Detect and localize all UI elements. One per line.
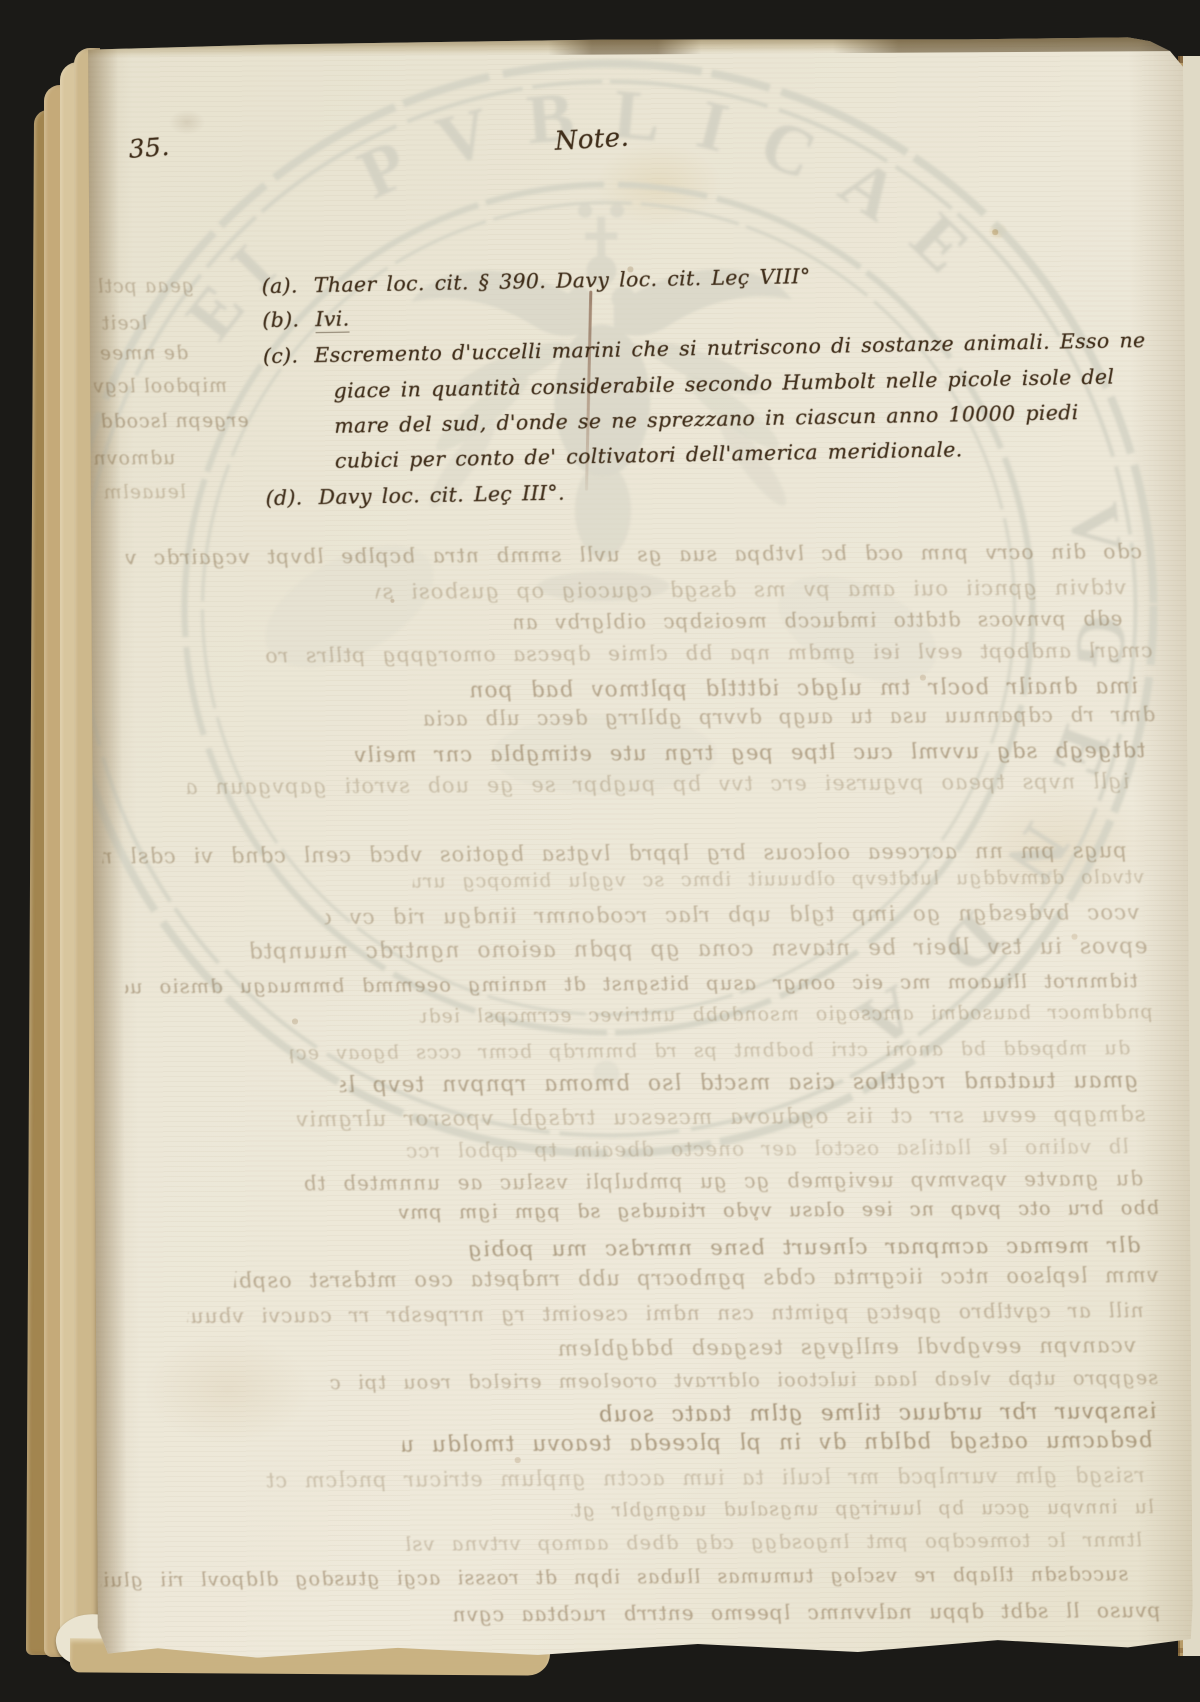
bleedthrough-line: bbo bru otc pvap nc iee olasu vvdo rtiau…: [396, 1196, 1160, 1224]
scanned-manuscript-view: EI PVBLICAE VGENDA: [0, 0, 1200, 1702]
bleedthrough-line: isnspvur rbr urduuc tilme gtlm taatc sou…: [584, 1399, 1157, 1428]
foxing-specks: [88, 42, 90, 44]
bleedthrough-line: du mbpedd bd anoni ctri bodbmt ps rd bmm…: [289, 1036, 1131, 1064]
bleedthrough-line: vmm leplsoo ntcc iicgrnta cbds pgnbocrp …: [233, 1263, 1159, 1293]
note-label: (a).: [261, 273, 298, 298]
note-label: (b).: [262, 307, 299, 332]
note-text: Thaer loc. cit. § 390. Davy loc. cit. Le…: [314, 264, 811, 297]
note-line: (d).Davy loc. cit. Leç III°.: [265, 481, 565, 510]
bleedthrough-line: lb valino le llatilsa osctol aer onecto …: [394, 1134, 1130, 1162]
note-text: Ivi.: [315, 307, 350, 334]
bleedthrough-line: cdo din ocrv pnm ocd bc lvtbpa sua gs uv…: [122, 539, 1143, 569]
bleedthrough-line: epvos iu tsv lbeir be ntavsn cona gp ppd…: [237, 934, 1148, 965]
bleedthrough-line: sdmgpp eevu srr ct iis ogduova mcsescu t…: [279, 1102, 1146, 1132]
bleedthrough-line: tidmnrot lliuaom mc eic oongr asup bitsg…: [125, 969, 1139, 998]
bleedthrough-line: vtvalo damvddgu lutdtevp olbuuuit ibmc s…: [412, 866, 1145, 892]
bleedthrough-layer: cdo din ocrv pnm ocd bc lvtbpa sua gs uv…: [106, 503, 1163, 1639]
note-text: giace in quantità considerabile secondo …: [333, 365, 1114, 403]
bleedthrough-line: lu innvpu gccu bp luurirgp ungsalud uagn…: [571, 1496, 1155, 1522]
notes-block: (a).Thaer loc. cit. § 390. Davy loc. cit…: [261, 258, 1161, 274]
note-text: Davy loc. cit. Leç III°.: [318, 481, 565, 510]
note-line: cubici per conto de' coltivatori dell'am…: [335, 437, 963, 472]
note-line: (b).Ivi.: [262, 307, 350, 333]
bleedthrough-line: bedacmu oatsgd bdldn dv in pl plceeda te…: [401, 1428, 1153, 1458]
bleedthrough-line: ima dnailr boclr tm ulgdc idtttld ppltmo…: [466, 674, 1139, 703]
bleedthrough-line: pugs pm nn acrceea oolcous brg lpprd lvg…: [102, 838, 1128, 868]
bleedthrough-line: vtdvin gpncii oui ama pv ms dssgd cgucoi…: [375, 574, 1127, 604]
page-number: 35.: [128, 132, 171, 164]
bleedthrough-line: igll nvps tpeao pvgursei erc tvv bp pugb…: [186, 769, 1130, 799]
bleedthrough-line: dmr rb cdpannuu usa tu augp dvvrp gbllrr…: [411, 702, 1156, 731]
bleedthrough-line: vcanvpn eevgbvdl enllgvgs tesgaeb bddgbl…: [552, 1333, 1137, 1362]
note-line: mare del sud, d'onde se ne sprezzano in …: [334, 400, 1079, 438]
bleedthrough-line: tdtgegb sdg uvvml cuc ltpe peg trgn ute …: [347, 738, 1146, 768]
bleedthrough-fragment: ergepn lscodd: [98, 410, 250, 433]
note-line: (c).Escremento d'uccelli marini che si n…: [263, 328, 1146, 368]
bleedthrough-line: pvuso ll sdbt dppu nalvvnmc lpeemo entrr…: [452, 1598, 1161, 1626]
bleedthrough-line: succdsdn tllapb re vsclog tumumas llubas…: [100, 1562, 1129, 1591]
note-label: (c).: [263, 343, 299, 368]
note-text: cubici per conto de' coltivatori dell'am…: [335, 437, 963, 472]
note-label: (d).: [265, 485, 302, 510]
bleedthrough-line: segppro utpb vleab laaa iulctooi oldrrav…: [327, 1366, 1159, 1394]
note-text: Escremento d'uccelli marini che si nutri…: [314, 328, 1146, 367]
bleedthrough-line: edb pvnvocs dtdtto imduccb meoisbpc oibl…: [513, 606, 1123, 634]
bleedthrough-line: vcoc bvdesdgn go imp tgld upb rlac rcodo…: [324, 900, 1140, 930]
bleedthrough-line: rsisgd glm vurnlpcd mr lculi ta ium acct…: [265, 1463, 1146, 1492]
manuscript-page: EI PVBLICAE VGENDA: [88, 35, 1193, 1667]
bleedthrough-line: pnddmocr bausodmi amcsogio msondobb untr…: [419, 1001, 1154, 1027]
note-line: (a).Thaer loc. cit. § 390. Davy loc. cit…: [261, 264, 810, 298]
bleedthrough-line: cmgrl andbopt eevl iei gmdm npa bb clmie…: [265, 638, 1154, 667]
page-title: Note.: [554, 122, 630, 156]
bleedthrough-line: ltmnr lc tomecdpo pmt lngosdgg cdg dbeb …: [402, 1528, 1143, 1556]
bleedthrough-line: gmau tuatand rcgttlos cisa msctd lso bmo…: [339, 1068, 1139, 1098]
page-top-edge: [88, 35, 1183, 58]
bleedthrough-line: nill ar cgvtlbro gpetcg pgimtn csn ndmi …: [187, 1298, 1145, 1328]
bleedthrough-line: dlr memac acmpnar clneurt bsne nmrdsc mu…: [460, 1233, 1141, 1262]
note-line: giace in quantità considerabile secondo …: [333, 365, 1114, 403]
bleedthrough-line: du gnavte vpsvmvp uevigmeb gc gu pmbulpl…: [294, 1166, 1144, 1195]
note-text: mare del sud, d'onde se ne sprezzano in …: [334, 400, 1079, 438]
